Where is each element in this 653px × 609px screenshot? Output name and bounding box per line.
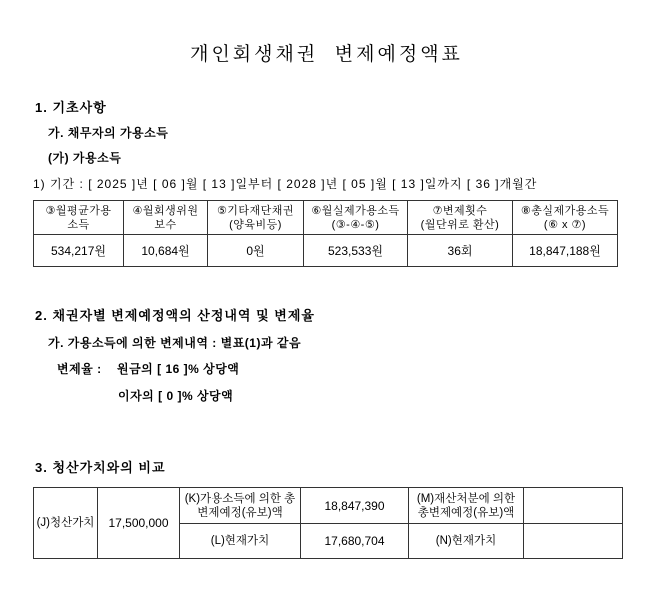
header-line: (⑥ x ⑦) xyxy=(515,218,615,232)
value-repayment-count: 36회 xyxy=(408,235,513,267)
k-label-line: (K)가용소득에 의한 총 xyxy=(182,492,298,506)
header-line: 소득 xyxy=(36,218,121,232)
header-avg-monthly-income: ③월평균가용 소득 xyxy=(34,201,124,235)
repayment-rate-label: 변제율 : xyxy=(57,363,102,377)
interest-rate-line: 이자의 [ 0 ]% 상당액 xyxy=(118,390,233,404)
section-2-heading: 2. 채권자별 변제예정액의 산정내역 및 변제율 xyxy=(35,309,315,324)
header-line: (양육비등) xyxy=(210,218,301,232)
available-income-subheading: (가) 가용소득 xyxy=(48,152,121,166)
value-avg-monthly-income: 534,217원 xyxy=(34,235,124,267)
header-line: ⑥월실제가용소득 xyxy=(306,204,405,218)
liquidation-comparison-table: (J)청산가치 17,500,000 (K)가용소득에 의한 총 변제예정(유보… xyxy=(33,487,623,559)
k-label-cell: (K)가용소득에 의한 총 변제예정(유보)액 xyxy=(180,488,301,524)
n-value-cell xyxy=(524,524,623,559)
m-label-line: (M)재산처분에 의한 xyxy=(411,492,521,506)
liquidation-row-1: (J)청산가치 17,500,000 (K)가용소득에 의한 총 변제예정(유보… xyxy=(34,488,623,524)
document-title: 개인회생채권 변제예정액표 xyxy=(0,44,653,66)
debtor-income-subheading: 가. 채무자의 가용소득 xyxy=(48,127,168,141)
l-label-cell: (L)현재가치 xyxy=(180,524,301,559)
header-line: ⑦변제횟수 xyxy=(410,204,510,218)
m-label-line: 총변제예정(유보)액 xyxy=(411,506,521,520)
income-table-header-row: ③월평균가용 소득 ④월회생위원 보수 ⑤기타재단채권 (양육비등) ⑥월실제가… xyxy=(34,201,618,235)
section-3-heading: 3. 청산가치와의 비교 xyxy=(35,461,166,476)
header-repayment-count: ⑦변제횟수 (월단위로 환산) xyxy=(408,201,513,235)
header-line: 보수 xyxy=(126,218,205,232)
value-other-estate-claims: 0원 xyxy=(208,235,304,267)
header-line: ⑤기타재단채권 xyxy=(210,204,301,218)
m-label-cell: (M)재산처분에 의한 총변제예정(유보)액 xyxy=(409,488,524,524)
income-table-value-row: 534,217원 10,684원 0원 523,533원 36회 18,847,… xyxy=(34,235,618,267)
repayment-schedule-document: 개인회생채권 변제예정액표 1. 기초사항 가. 채무자의 가용소득 (가) 가… xyxy=(0,0,653,609)
header-line: (월단위로 환산) xyxy=(410,218,510,232)
period-line: 1) 기간 : [ 2025 ]년 [ 06 ]월 [ 13 ]일부터 [ 20… xyxy=(33,178,537,192)
value-total-actual-income: 18,847,188원 xyxy=(513,235,618,267)
section-1-heading: 1. 기초사항 xyxy=(35,101,107,116)
n-label-cell: (N)현재가치 xyxy=(409,524,524,559)
header-other-estate-claims: ⑤기타재단채권 (양육비등) xyxy=(208,201,304,235)
m-value-cell xyxy=(524,488,623,524)
value-monthly-actual-income: 523,533원 xyxy=(304,235,408,267)
j-label-cell: (J)청산가치 xyxy=(34,488,98,559)
header-line: (③-④-⑤) xyxy=(306,218,405,232)
header-trustee-fee: ④월회생위원 보수 xyxy=(124,201,208,235)
repayment-detail-line: 가. 가용소득에 의한 변제내역 : 별표(1)과 같음 xyxy=(48,337,301,351)
header-line: ④월회생위원 xyxy=(126,204,205,218)
header-line: ⑧총실제가용소득 xyxy=(515,204,615,218)
k-value-cell: 18,847,390 xyxy=(301,488,409,524)
header-monthly-actual-income: ⑥월실제가용소득 (③-④-⑤) xyxy=(304,201,408,235)
value-trustee-fee: 10,684원 xyxy=(124,235,208,267)
l-value-cell: 17,680,704 xyxy=(301,524,409,559)
header-line: ③월평균가용 xyxy=(36,204,121,218)
k-label-line: 변제예정(유보)액 xyxy=(182,506,298,520)
header-total-actual-income: ⑧총실제가용소득 (⑥ x ⑦) xyxy=(513,201,618,235)
principal-rate-line: 원금의 [ 16 ]% 상당액 xyxy=(117,363,239,377)
income-table: ③월평균가용 소득 ④월회생위원 보수 ⑤기타재단채권 (양육비등) ⑥월실제가… xyxy=(33,200,618,267)
j-value-cell: 17,500,000 xyxy=(98,488,180,559)
